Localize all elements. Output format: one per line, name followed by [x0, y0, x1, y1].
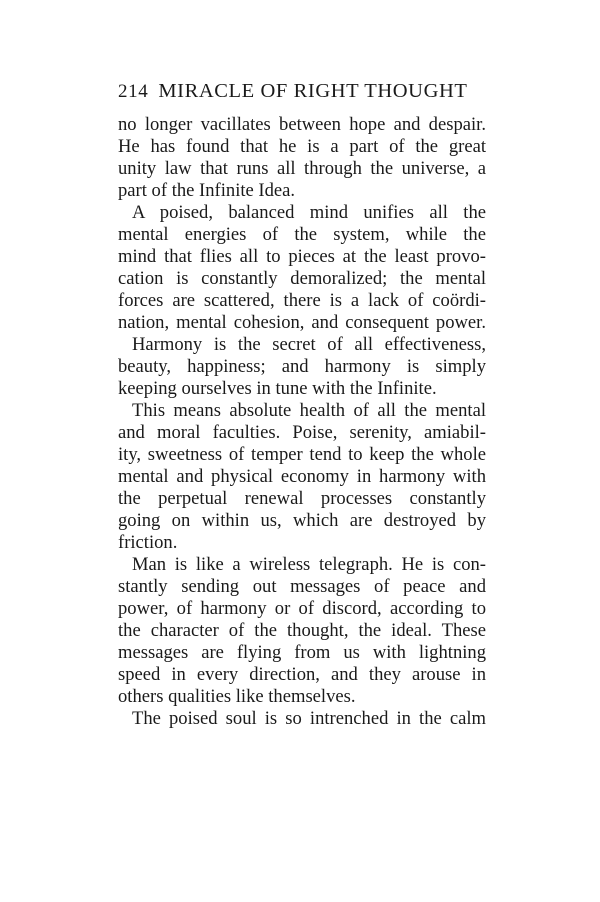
text-line: The poised soul is so intrenched in the … — [118, 708, 486, 730]
text-line: others qualities like themselves. — [118, 686, 486, 708]
text-line: Man is like a wireless telegraph. He is … — [118, 554, 486, 576]
text-line: cation is constantly demoralized; the me… — [118, 268, 486, 290]
text-line: This means absolute health of all the me… — [118, 400, 486, 422]
text-line: A poised, balanced mind unifies all the — [118, 202, 486, 224]
text-line: part of the Infinite Idea. — [118, 180, 486, 202]
text-line: the character of the thought, the ideal.… — [118, 620, 486, 642]
text-line: ity, sweetness of temper tend to keep th… — [118, 444, 486, 466]
text-line: going on within us, which are destroyed … — [118, 510, 486, 532]
text-line: the perpetual renewal processes constant… — [118, 488, 486, 510]
text-line: He has found that he is a part of the gr… — [118, 136, 486, 158]
text-line: Harmony is the secret of all effectivene… — [118, 334, 486, 356]
text-line: mind that flies all to pieces at the lea… — [118, 246, 486, 268]
text-line: keeping ourselves in tune with the Infin… — [118, 378, 486, 400]
book-page: 214 MIRACLE OF RIGHT THOUGHT no longer v… — [118, 76, 486, 730]
body-text: no longer vacillates between hope and de… — [118, 114, 486, 730]
text-line: stantly sending out messages of peace an… — [118, 576, 486, 598]
text-line: unity law that runs all through the univ… — [118, 158, 486, 180]
text-line: friction. — [118, 532, 486, 554]
text-line: nation, mental cohesion, and consequent … — [118, 312, 486, 334]
text-line: no longer vacillates between hope and de… — [118, 114, 486, 136]
text-line: and moral faculties. Poise, serenity, am… — [118, 422, 486, 444]
text-line: speed in every direction, and they arous… — [118, 664, 486, 686]
text-line: beauty, happiness; and harmony is simply — [118, 356, 486, 378]
text-line: mental and physical economy in harmony w… — [118, 466, 486, 488]
running-head-title: MIRACLE OF RIGHT THOUGHT — [158, 76, 486, 106]
page-number: 214 — [118, 77, 148, 107]
text-line: power, of harmony or of discord, accordi… — [118, 598, 486, 620]
running-head: 214 MIRACLE OF RIGHT THOUGHT — [118, 76, 486, 106]
text-line: forces are scattered, there is a lack of… — [118, 290, 486, 312]
text-line: mental energies of the system, while the — [118, 224, 486, 246]
text-line: messages are flying from us with lightni… — [118, 642, 486, 664]
